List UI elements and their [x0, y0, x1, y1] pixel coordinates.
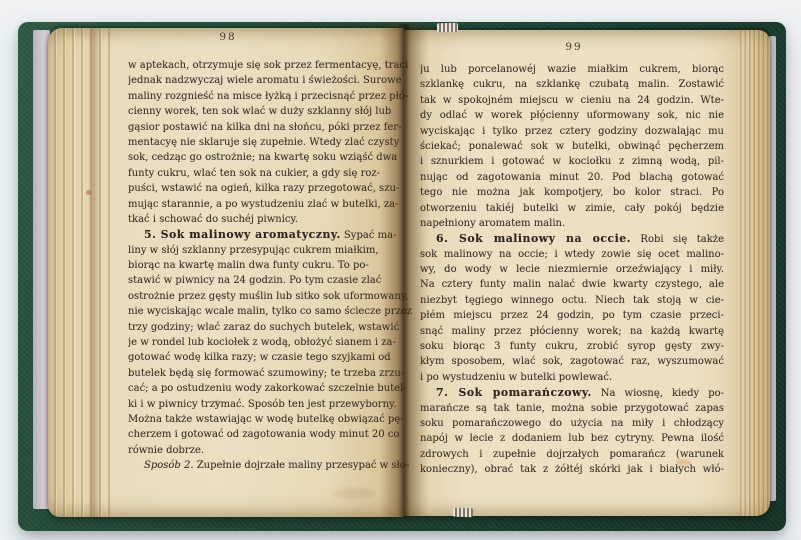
page-edges-right: [740, 30, 770, 516]
body-text: płém miejscu przez 24 godzin, po tym cza…: [420, 310, 724, 321]
text-line: funty cukru, wlać ten sok na cukier, a g…: [128, 166, 415, 181]
text-line: stawić w piwnicy na 24 godzin. Po tym cz…: [128, 273, 415, 288]
text-line: szklankę cukru, na szklankę czubatą mali…: [420, 77, 724, 92]
body-text: liny w słój szklanny przesypując cukrem …: [128, 245, 379, 256]
body-text: maliny rozgnieść na misce łyżką i przeci…: [128, 91, 408, 102]
recipe-heading: 7. Sok pomarańczowy.: [436, 386, 592, 399]
text-line: maliny rozgnieść na misce łyżką i przeci…: [128, 89, 415, 104]
text-line: i po wystudzeniu w butelki powlewać.: [420, 370, 724, 385]
body-text: cienny worek, ten sok wlać w duży szklan…: [128, 106, 391, 117]
text-line: cherzem i gotować od zagotowania wody mi…: [128, 427, 415, 442]
right-page-text: ju lub porcelanowéj wazie miałkim cukrem…: [420, 62, 724, 482]
body-text: nie wyciskając wcale malin, tylko co sam…: [128, 306, 412, 317]
body-text: funty cukru, wlać ten sok na cukier, a g…: [128, 168, 380, 179]
endpaper-right: [769, 36, 776, 501]
body-text: je w rondel lub kociołek z wodą, obłożyć…: [128, 337, 396, 348]
body-text: konieczny), obrać tak z żółtéj skórki ja…: [420, 464, 724, 475]
text-line: trzy godziny; wlać zaraz do suchych bute…: [128, 320, 415, 335]
text-line: napełniony aromatem malin.: [420, 216, 724, 231]
page-number-left: 98: [128, 31, 328, 43]
text-line: Można także wstawiając w wodę butelkę ob…: [128, 412, 415, 427]
body-text: trzy godziny; wlać zaraz do suchych bute…: [128, 322, 399, 333]
text-line: konieczny), obrać tak z żółtéj skórki ja…: [420, 462, 724, 477]
body-text: Można także wstawiając w wodę butelkę ob…: [128, 414, 404, 425]
text-line: liny w słój szklanny przesypując cukrem …: [128, 243, 415, 258]
body-text: sok malinowy na occie; i wtedy zowie się…: [420, 249, 724, 260]
text-line: tak w spokojném miejscu w cieniu na 24 g…: [420, 93, 724, 108]
body-text: mując starannie, a po wystudzeniu zlać w…: [128, 199, 399, 210]
text-line: napój w lecie z dodaniem lub bez cytryny…: [420, 431, 724, 446]
body-text: soku biorąc 3 funty cukru, zrobić syrop …: [420, 341, 724, 352]
body-text: marańcze są tak tanie, można sobie przyg…: [420, 403, 724, 414]
text-line: równie dobrze.: [128, 443, 415, 458]
body-text: kłym sposobem, wlać sok, zagotować raz, …: [420, 356, 724, 367]
text-line: gotować wodę kilka razy; w czasie tego s…: [128, 350, 415, 365]
text-line: w aptekach, otrzymuje się sok przez ferm…: [128, 58, 415, 73]
body-text: ju lub porcelanowéj wazie miałkim cukrem…: [420, 64, 724, 75]
body-text: Na cztery funty malin nalać dwie kwarty …: [420, 279, 724, 290]
recipe-heading: 6. Sok malinowy na occie.: [436, 232, 631, 245]
text-line: cać; a po ostudzeniu wody zakorkować szc…: [128, 381, 415, 396]
text-line: 5. Sok malinowy aromatyczny. Sypać ma-: [128, 227, 415, 242]
text-line: snąć maliny przez płócienny worek; na ka…: [420, 324, 724, 339]
body-text: w aptekach, otrzymuje się sok przez ferm…: [128, 60, 408, 71]
text-line: gąsior postawić na kilka dni na słońcu, …: [128, 120, 415, 135]
body-text: cherzem i gotować od zagotowania wody mi…: [128, 429, 399, 440]
recipe-heading: 5. Sok malinowy aromatyczny.: [144, 228, 341, 241]
text-line: i sznurkiem i gotować w kociołku z zimną…: [420, 154, 724, 169]
body-text: ki i w piwnicy trzymać. Sposób ten jest …: [128, 399, 397, 410]
body-text: soku pomarańczowego do użycia na miły i …: [420, 418, 724, 429]
body-text: dy odlać w worek płócienny uformowany so…: [420, 110, 724, 121]
text-line: wyciskając i tylko przez cztery godziny …: [420, 124, 724, 139]
body-text: Na wiosnę, kiedy po-: [592, 388, 724, 399]
body-text: snąć maliny przez płócienny worek; na ka…: [420, 326, 724, 337]
body-text: ściekać; ponalewać sok w butelki, obwiną…: [420, 141, 724, 152]
body-text: butelek będą się formować szumowiny; te …: [128, 368, 404, 379]
body-text: niezbyt tęgiego winnego octu. Niech tak …: [420, 295, 724, 306]
body-text: i po wystudzeniu w butelki powlewać.: [420, 372, 612, 383]
left-page-text: w aptekach, otrzymuje się sok przez ferm…: [128, 58, 415, 478]
open-book-photo: 98 99 w aptekach, otrzymuje się sok prze…: [0, 0, 801, 540]
body-text: tak w spokojném miejscu w cieniu na 24 g…: [420, 95, 724, 106]
text-line: dy odlać w worek płócienny uformowany so…: [420, 108, 724, 123]
method-label: Sposób 2.: [144, 460, 194, 471]
text-line: je w rondel lub kociołek z wodą, obłożyć…: [128, 335, 415, 350]
body-text: napój w lecie z dodaniem lub bez cytryny…: [420, 433, 724, 444]
headband-top-icon: [437, 23, 458, 33]
text-line: kłym sposobem, wlać sok, zagotować raz, …: [420, 354, 724, 369]
text-line: mując starannie, a po wystudzeniu zlać w…: [128, 197, 415, 212]
text-line: niezbyt tęgiego winnego octu. Niech tak …: [420, 293, 724, 308]
body-text: ostrożnie przez gęsty muślin lub sitko s…: [128, 291, 408, 302]
text-line: 6. Sok malinowy na occie. Robi się także: [420, 231, 724, 246]
body-text: szklankę cukru, na szklankę czubatą mali…: [420, 79, 724, 90]
text-line: wy, do wody w lecie niezmiernie orzeźwia…: [420, 262, 724, 277]
body-text: wy, do wody w lecie niezmiernie orzeźwia…: [420, 264, 724, 275]
body-text: zdrowych i zupełnie dojrzałych pomarańcz…: [420, 449, 724, 460]
body-text: stawić w piwnicy na 24 godzin. Po tym cz…: [128, 275, 381, 286]
body-text: wyciskając i tylko przez cztery godziny …: [420, 126, 724, 137]
body-text: równie dobrze.: [128, 445, 204, 456]
body-text: sok, cedząc go ostrożnie; na kwartę soku…: [128, 152, 397, 163]
text-line: puści, wstawić na ogień, kilka razy prze…: [128, 181, 415, 196]
text-line: zdrowych i zupełnie dojrzałych pomarańcz…: [420, 447, 724, 462]
text-line: mentacyę nie sklaruje się zupełnie. Wted…: [128, 135, 415, 150]
text-line: ju lub porcelanowéj wazie miałkim cukrem…: [420, 62, 724, 77]
text-line: ostrożnie przez gęsty muślin lub sitko s…: [128, 289, 415, 304]
text-line: płém miejscu przez 24 godzin, po tym cza…: [420, 308, 724, 323]
text-line: nując od zagotowania minut 20. Pod blach…: [420, 170, 724, 185]
text-line: ki i w piwnicy trzymać. Sposób ten jest …: [128, 397, 415, 412]
body-text: nując od zagotowania minut 20. Pod blach…: [420, 172, 724, 183]
text-line: cienny worek, ten sok wlać w duży szklan…: [128, 104, 415, 119]
body-text: tkać i schować do suchéj piwnicy.: [128, 214, 298, 225]
page-edges-left: [48, 28, 110, 517]
body-text: cać; a po ostudzeniu wody zakorkować szc…: [128, 383, 407, 394]
body-text: otworzeniu takiéj butelki w zimie, cały …: [420, 203, 724, 214]
text-line: Na cztery funty malin nalać dwie kwarty …: [420, 277, 724, 292]
page-number-right: 99: [424, 41, 724, 53]
body-text: gąsior postawić na kilka dni na słońcu, …: [128, 122, 401, 133]
body-text: biorąc na kwartę malin dwa funty cukru. …: [128, 260, 369, 271]
body-text: Robi się także: [631, 234, 724, 245]
body-text: jednak nadzwyczaj wiele aromatu i świeżo…: [128, 75, 402, 86]
body-text: Zupełnie dojrzałe maliny przesypać w sło…: [194, 460, 410, 471]
headband-bottom-icon: [453, 508, 473, 518]
text-line: biorąc na kwartę malin dwa funty cukru. …: [128, 258, 415, 273]
text-line: jednak nadzwyczaj wiele aromatu i świeżo…: [128, 73, 415, 88]
text-line: otworzeniu takiéj butelki w zimie, cały …: [420, 201, 724, 216]
text-line: tego nie można jak kompotjery, bo kolor …: [420, 185, 724, 200]
text-line: nie wyciskając wcale malin, tylko co sam…: [128, 304, 415, 319]
text-line: tkać i schować do suchéj piwnicy.: [128, 212, 415, 227]
body-text: i sznurkiem i gotować w kociołku z zimną…: [420, 156, 724, 167]
body-text: napełniony aromatem malin.: [420, 218, 565, 229]
text-line: sok, cedząc go ostrożnie; na kwartę soku…: [128, 150, 415, 165]
text-line: soku biorąc 3 funty cukru, zrobić syrop …: [420, 339, 724, 354]
text-line: Sposób 2. Zupełnie dojrzałe maliny przes…: [128, 458, 415, 473]
text-line: ściekać; ponalewać sok w butelki, obwiną…: [420, 139, 724, 154]
text-line: marańcze są tak tanie, można sobie przyg…: [420, 401, 724, 416]
text-line: sok malinowy na occie; i wtedy zowie się…: [420, 247, 724, 262]
body-text: tego nie można jak kompotjery, bo kolor …: [420, 187, 724, 198]
body-text: puści, wstawić na ogień, kilka razy prze…: [128, 183, 399, 194]
body-text: mentacyę nie sklaruje się zupełnie. Wted…: [128, 137, 399, 148]
text-line: 7. Sok pomarańczowy. Na wiosnę, kiedy po…: [420, 385, 724, 400]
text-line: butelek będą się formować szumowiny; te …: [128, 366, 415, 381]
body-text: gotować wodę kilka razy; w czasie tego s…: [128, 352, 391, 363]
body-text: Sypać ma-: [341, 230, 397, 241]
text-line: soku pomarańczowego do użycia na miły i …: [420, 416, 724, 431]
